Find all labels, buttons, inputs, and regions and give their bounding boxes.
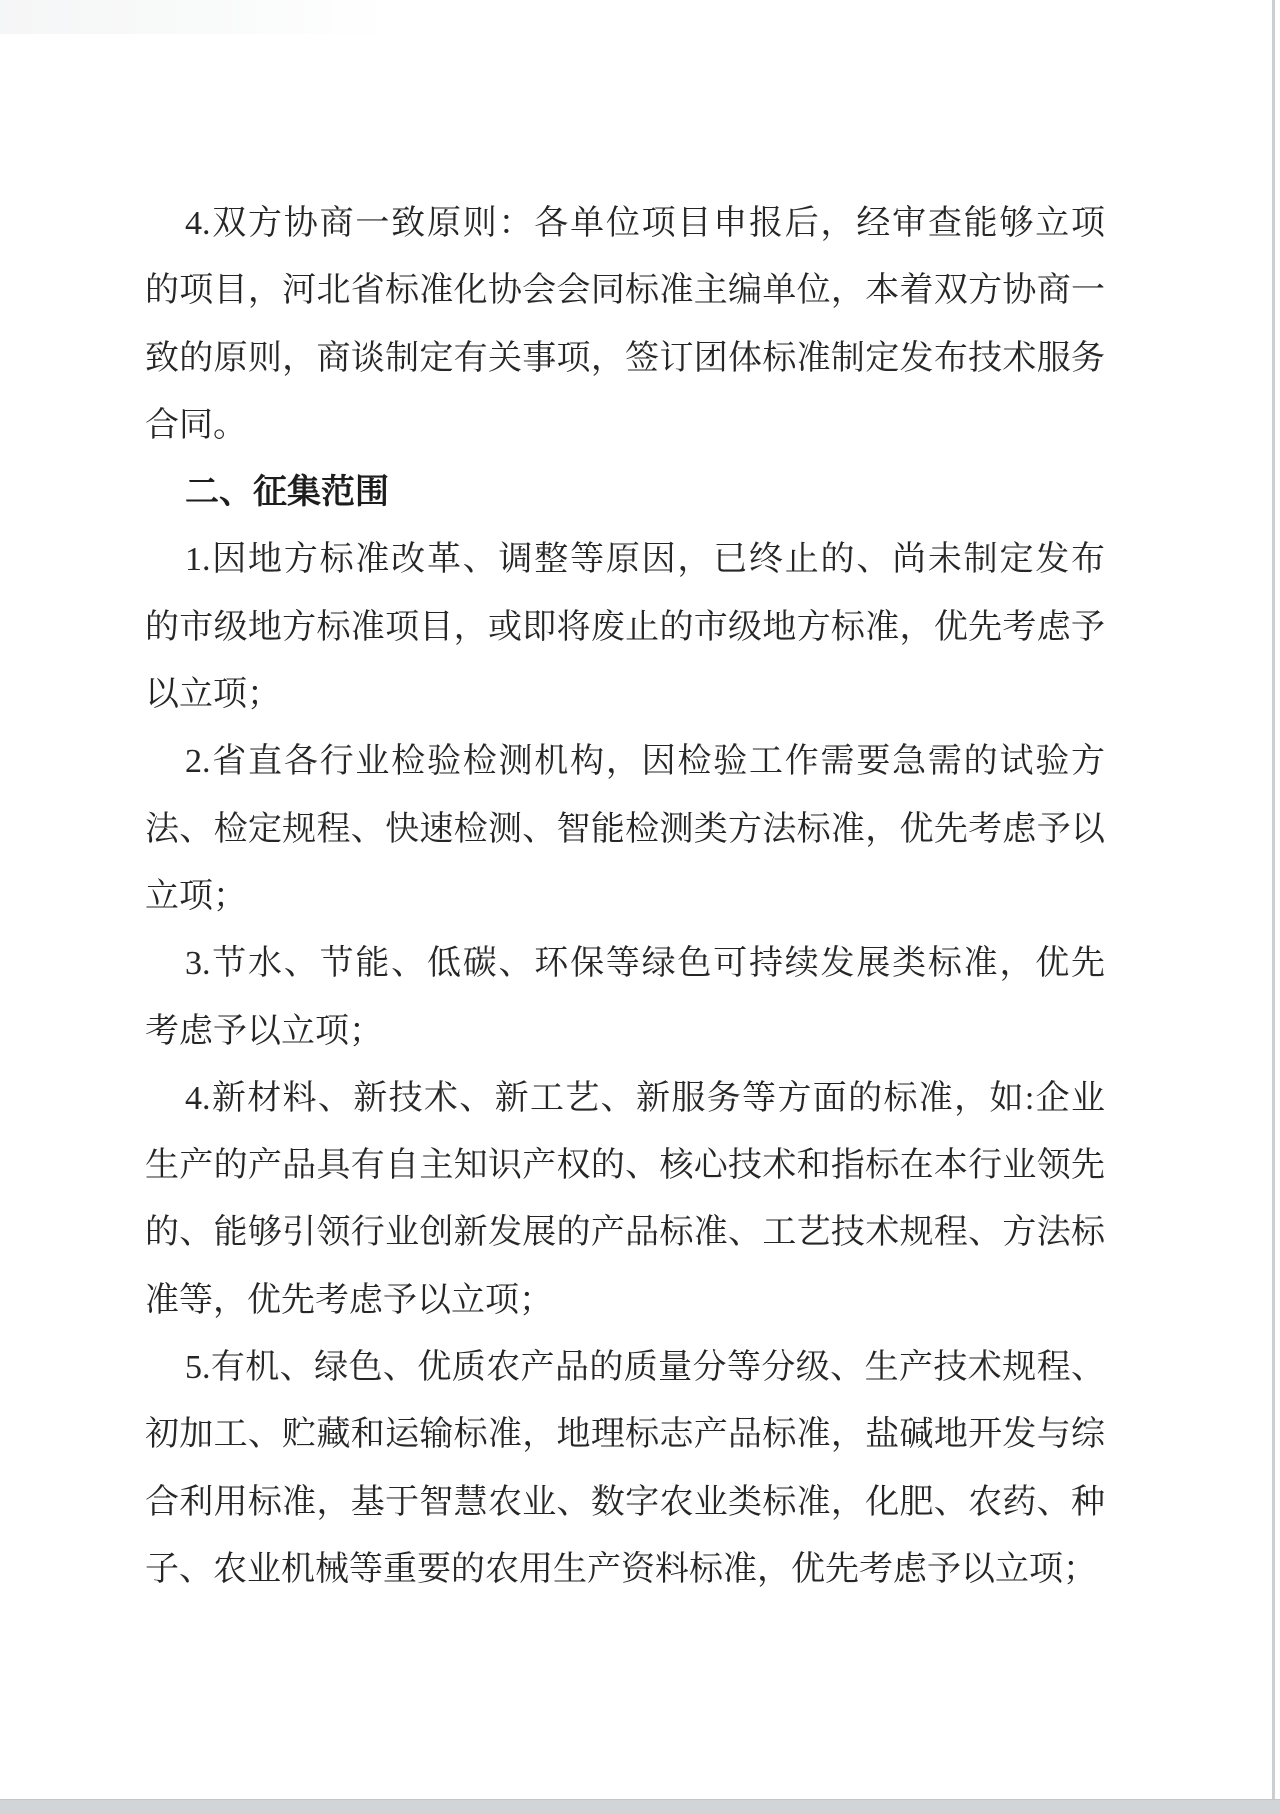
text-line: 1.因地方标准改革、调整等原因，已终止的、尚未制定发布	[145, 526, 1105, 593]
text-line: 3.节水、节能、低碳、环保等绿色可持续发展类标准，优先	[145, 930, 1105, 997]
text-line: 合同。	[145, 392, 1105, 459]
text-line: 的、能够引领行业创新发展的产品标准、工艺技术规程、方法标	[145, 1199, 1105, 1266]
text-line: 的项目，河北省标准化协会会同标准主编单位，本着双方协商一	[145, 257, 1105, 324]
text-line: 5.有机、绿色、优质农产品的质量分等分级、生产技术规程、	[145, 1334, 1105, 1401]
document-page: 4.双方协商一致原则：各单位项目申报后，经审查能够立项 的项目，河北省标准化协会…	[0, 0, 1280, 1814]
text-line: 考虑予以立项；	[145, 998, 1105, 1065]
text-line: 合利用标准，基于智慧农业、数字农业类标准，化肥、农药、种	[145, 1469, 1105, 1536]
text-line: 初加工、贮藏和运输标准，地理标志产品标准，盐碱地开发与综	[145, 1401, 1105, 1468]
scan-edge-bottom	[0, 1799, 1280, 1814]
text-line: 的市级地方标准项目，或即将废止的市级地方标准，优先考虑予	[145, 594, 1105, 661]
text-line: 2.省直各行业检验检测机构，因检验工作需要急需的试验方	[145, 728, 1105, 795]
text-line: 4.新材料、新技术、新工艺、新服务等方面的标准，如:企业	[145, 1065, 1105, 1132]
text-line: 法、检定规程、快速检测、智能检测类方法标准，优先考虑予以	[145, 796, 1105, 863]
text-line: 致的原则，商谈制定有关事项，签订团体标准制定发布技术服务	[145, 325, 1105, 392]
text-line: 以立项；	[145, 661, 1105, 728]
section-heading: 二、征集范围	[145, 459, 1105, 526]
document-text-block: 4.双方协商一致原则：各单位项目申报后，经审查能够立项 的项目，河北省标准化协会…	[145, 190, 1105, 1603]
text-line: 准等，优先考虑予以立项；	[145, 1267, 1105, 1334]
text-line: 生产的产品具有自主知识产权的、核心技术和指标在本行业领先	[145, 1132, 1105, 1199]
text-line: 立项；	[145, 863, 1105, 930]
text-line: 子、农业机械等重要的农用生产资料标准，优先考虑予以立项；	[145, 1536, 1105, 1603]
text-line: 4.双方协商一致原则：各单位项目申报后，经审查能够立项	[145, 190, 1105, 257]
scan-edge-right	[1272, 0, 1275, 1814]
scan-artifact-top	[0, 0, 390, 34]
